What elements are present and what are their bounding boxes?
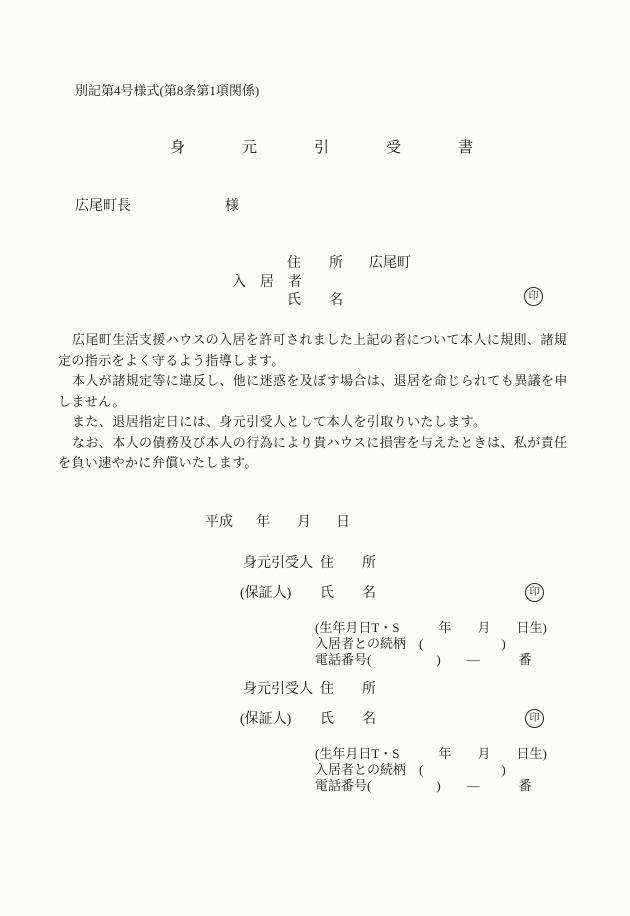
body-paragraph: なお、本人の債務及び本人の行為により貴ハウスに損害を与えたときは、私が責任を負い…: [58, 433, 574, 474]
guarantor-sub-label: (保証人): [240, 585, 291, 602]
guarantor-seal-icon: 印: [525, 583, 544, 602]
document-page: 別記第4号様式(第8条第1項関係) 身元引受書 広尾町長 様 住 所広尾町 入 …: [0, 0, 630, 916]
guarantor-role-label: 身元引受人: [243, 681, 313, 698]
resident-name-label: 氏 名: [287, 292, 343, 309]
guarantor-name-label: 氏 名: [320, 585, 376, 602]
day-label: 日: [336, 515, 350, 530]
guarantor-birth-line: (生年月日T・S 年 月 日生): [315, 746, 547, 762]
resident-address-line: 住 所広尾町: [287, 255, 411, 272]
body-text: 広尾町生活支援ハウスの入居を許可されました上記の者について本人に規則、諸規定の指…: [58, 330, 574, 474]
addressee-honorific: 様: [225, 198, 239, 215]
guarantor-relation-line: 入居者との続柄 ( ): [315, 636, 506, 652]
resident-role-label: 入 居 者: [232, 274, 302, 291]
guarantor-name-label: 氏 名: [320, 711, 376, 728]
guarantor-sub-label: (保証人): [240, 711, 291, 728]
resident-address-value: 広尾町: [369, 256, 411, 271]
body-paragraph: また、退居指定日には、身元引受人として本人を引取りいたします。: [58, 412, 574, 433]
guarantor-phone-line: 電話番号( ) ― 番: [315, 778, 532, 794]
guarantor-role-label: 身元引受人: [243, 555, 313, 572]
document-title: 身元引受書: [170, 136, 530, 157]
seal-glyph: 印: [529, 292, 539, 302]
addressee-name: 広尾町長: [75, 198, 131, 215]
guarantor-phone-line: 電話番号( ) ― 番: [315, 652, 532, 668]
body-paragraph: 広尾町生活支援ハウスの入居を許可されました上記の者について本人に規則、諸規定の指…: [58, 330, 574, 371]
guarantor-birth-line: (生年月日T・S 年 月 日生): [315, 620, 547, 636]
guarantor-address-label: 住 所: [320, 555, 376, 572]
guarantor-address-label: 住 所: [320, 681, 376, 698]
date-line: 平成年月日: [205, 514, 350, 531]
resident-seal-icon: 印: [524, 287, 543, 306]
body-paragraph: 本人が諸規定等に違反し、他に迷惑を及ぼす場合は、退居を命じられても異議を申しませ…: [58, 371, 574, 412]
era-label: 平成: [205, 515, 233, 530]
guarantor-seal-icon: 印: [525, 709, 544, 728]
seal-glyph: 印: [530, 588, 540, 598]
resident-address-label: 住 所: [287, 256, 343, 271]
guarantor-relation-line: 入居者との続柄 ( ): [315, 762, 506, 778]
form-number: 別記第4号様式(第8条第1項関係): [75, 83, 259, 99]
seal-glyph: 印: [530, 714, 540, 724]
year-label: 年: [256, 515, 270, 530]
month-label: 月: [297, 515, 311, 530]
